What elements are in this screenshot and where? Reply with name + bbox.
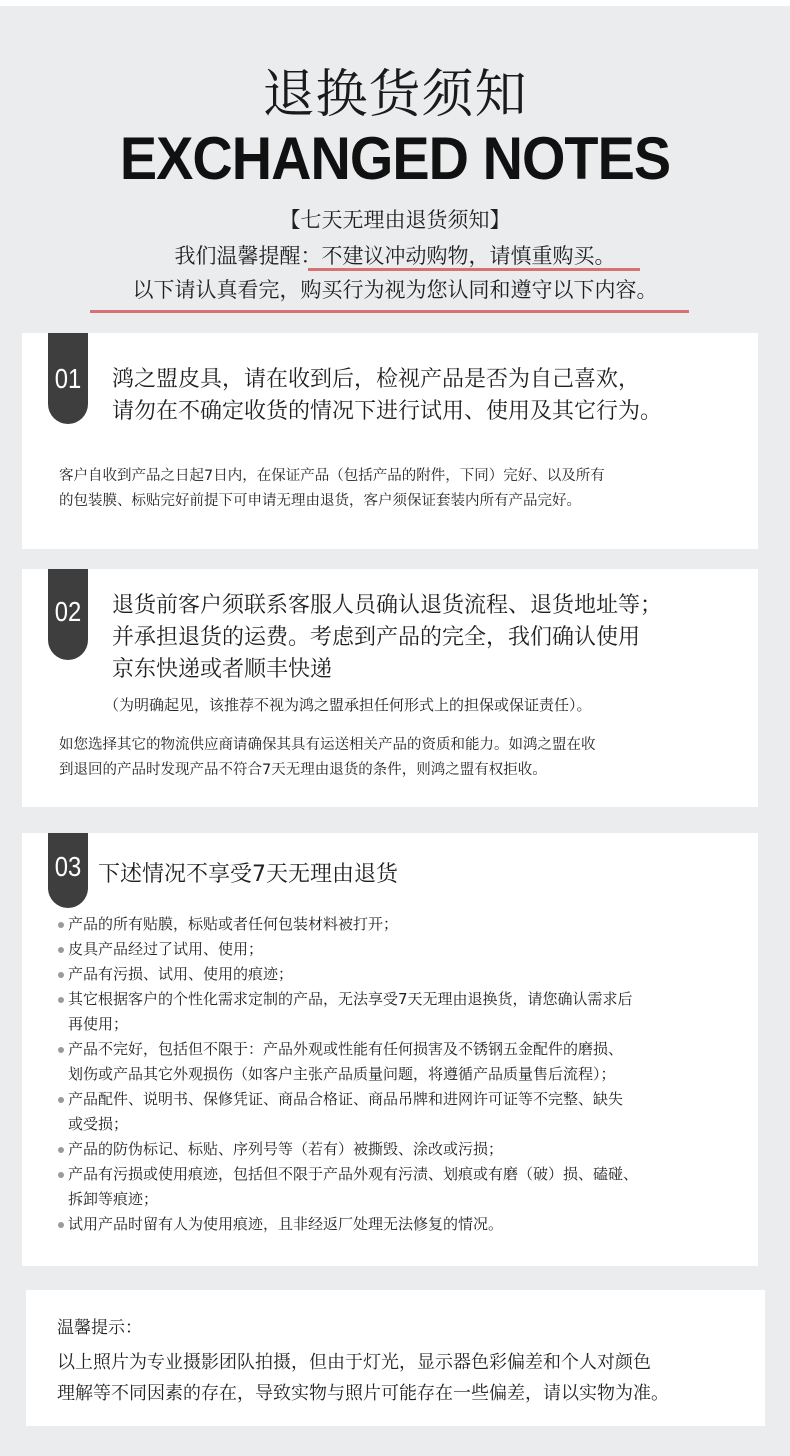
intro-seven-day-label: 【七天无理由退货须知】 [0, 204, 790, 234]
section-number: 03 [51, 851, 85, 883]
list-item: 产品的所有贴膜，标贴或者任何包装材料被打开； [58, 912, 638, 937]
lead-line: 并承担退货的运费。考虑到产品的完全，我们确认使用 [112, 622, 662, 654]
section-number-badge: 01 [48, 333, 88, 424]
section-02-card: 02 退货前客户须联系客服人员确认退货流程、退货地址等； 并承担退货的运费。考虑… [22, 569, 758, 807]
body-line: 到退回的产品时发现产品不符合7天无理由退货的条件，则鸿之盟有权拒收。 [59, 758, 596, 783]
list-item: 产品有污损、试用、使用的痕迹； [58, 962, 638, 987]
list-item: 产品的防伪标记、标贴、序列号等（若有）被撕毁、涂改或污损； [58, 1137, 638, 1162]
bullet-dot-icon [58, 1222, 64, 1228]
bullet-dot-icon [58, 1147, 64, 1153]
section-03-card: 03 下述情况不享受7天无理由退货 产品的所有贴膜，标贴或者任何包装材料被打开；… [22, 833, 758, 1266]
top-strip [0, 0, 790, 6]
lead-line: 京东快递或者顺丰快递 [112, 654, 662, 686]
bullet-dot-icon [58, 1172, 64, 1178]
lead-line: 请勿在不确定收货的情况下进行试用、使用及其它行为。 [112, 396, 662, 428]
section-number-badge: 03 [48, 833, 88, 908]
list-item: 产品配件、说明书、保修凭证、商品合格证、商品吊牌和进网许可证等不完整、缺失或受损… [58, 1087, 638, 1137]
section-body: 客户自收到产品之日起7日内，在保证产品（包括产品的附件，下同）完好、以及所有 的… [59, 464, 605, 514]
section-body: 如您选择其它的物流供应商请确保其具有运送相关产品的资质和能力。如鸿之盟在收 到退… [59, 733, 596, 783]
bullet-dot-icon [58, 922, 64, 928]
bullet-dot-icon [58, 972, 64, 978]
page-title-cn: 退换货须知 [0, 52, 790, 127]
body-line: 的包装膜、标贴完好前提下可申请无理由退货，客户须保证套装内所有产品完好。 [59, 489, 605, 514]
section-number: 02 [51, 596, 85, 628]
section-lead: 退货前客户须联系客服人员确认退货流程、退货地址等； 并承担退货的运费。考虑到产品… [112, 590, 662, 686]
section-01-card: 01 鸿之盟皮具，请在收到后，检视产品是否为自己喜欢， 请勿在不确定收货的情况下… [22, 333, 758, 549]
bullet-dot-icon [58, 947, 64, 953]
list-item: 其它根据客户的个性化需求定制的产品，无法享受7天无理由退换货，请您确认需求后再使… [58, 987, 638, 1037]
list-item: 产品有污损或使用痕迹，包括但不限于产品外观有污渍、划痕或有磨（破）损、磕碰、拆卸… [58, 1162, 638, 1212]
bullet-dot-icon [58, 1047, 64, 1053]
section-lead: 鸿之盟皮具，请在收到后，检视产品是否为自己喜欢， 请勿在不确定收货的情况下进行试… [112, 364, 662, 428]
tip-line: 理解等不同因素的存在，导致实物与照片可能存在一些偏差，请以实物为准。 [57, 1378, 669, 1409]
bullet-dot-icon [58, 1097, 64, 1103]
intro-reminder: 我们温馨提醒：不建议冲动购物，请慎重购买。 [0, 240, 790, 270]
read-carefully-underline [90, 310, 689, 313]
section-lead: 下述情况不享受7天无理由退货 [98, 859, 398, 891]
exclusion-list: 产品的所有贴膜，标贴或者任何包装材料被打开； 皮具产品经过了试用、使用； 产品有… [58, 912, 638, 1237]
list-item: 产品不完好，包括但不限于：产品外观或性能有任何损害及不锈钢五金配件的磨损、划伤或… [58, 1037, 638, 1087]
tip-body: 以上照片为专业摄影团队拍摄，但由于灯光，显示器色彩偏差和个人对颜色 理解等不同因… [57, 1347, 669, 1409]
lead-line: 退货前客户须联系客服人员确认退货流程、退货地址等； [112, 590, 662, 622]
list-item: 皮具产品经过了试用、使用； [58, 937, 638, 962]
bullet-dot-icon [58, 997, 64, 1003]
tip-card: 温馨提示： 以上照片为专业摄影团队拍摄，但由于灯光，显示器色彩偏差和个人对颜色 … [26, 1290, 765, 1426]
disclaimer-note: （为明确起见，该推荐不视为鸿之盟承担任何形式上的担保或保证责任）。 [104, 694, 592, 715]
body-line: 如您选择其它的物流供应商请确保其具有运送相关产品的资质和能力。如鸿之盟在收 [59, 733, 596, 758]
body-line: 客户自收到产品之日起7日内，在保证产品（包括产品的附件，下同）完好、以及所有 [59, 464, 605, 489]
list-item: 试用产品时留有人为使用痕迹，且非经返厂处理无法修复的情况。 [58, 1212, 638, 1237]
tip-title: 温馨提示： [57, 1313, 142, 1338]
tip-line: 以上照片为专业摄影团队拍摄，但由于灯光，显示器色彩偏差和个人对颜色 [57, 1347, 669, 1378]
page-title-en: EXCHANGED NOTES [28, 124, 763, 193]
reminder-underline [308, 268, 640, 271]
lead-line: 鸿之盟皮具，请在收到后，检视产品是否为自己喜欢， [112, 364, 662, 396]
intro-read-carefully: 以下请认真看完，购买行为视为您认同和遵守以下内容。 [0, 274, 790, 304]
section-number-badge: 02 [48, 569, 88, 660]
section-number: 01 [51, 363, 85, 395]
